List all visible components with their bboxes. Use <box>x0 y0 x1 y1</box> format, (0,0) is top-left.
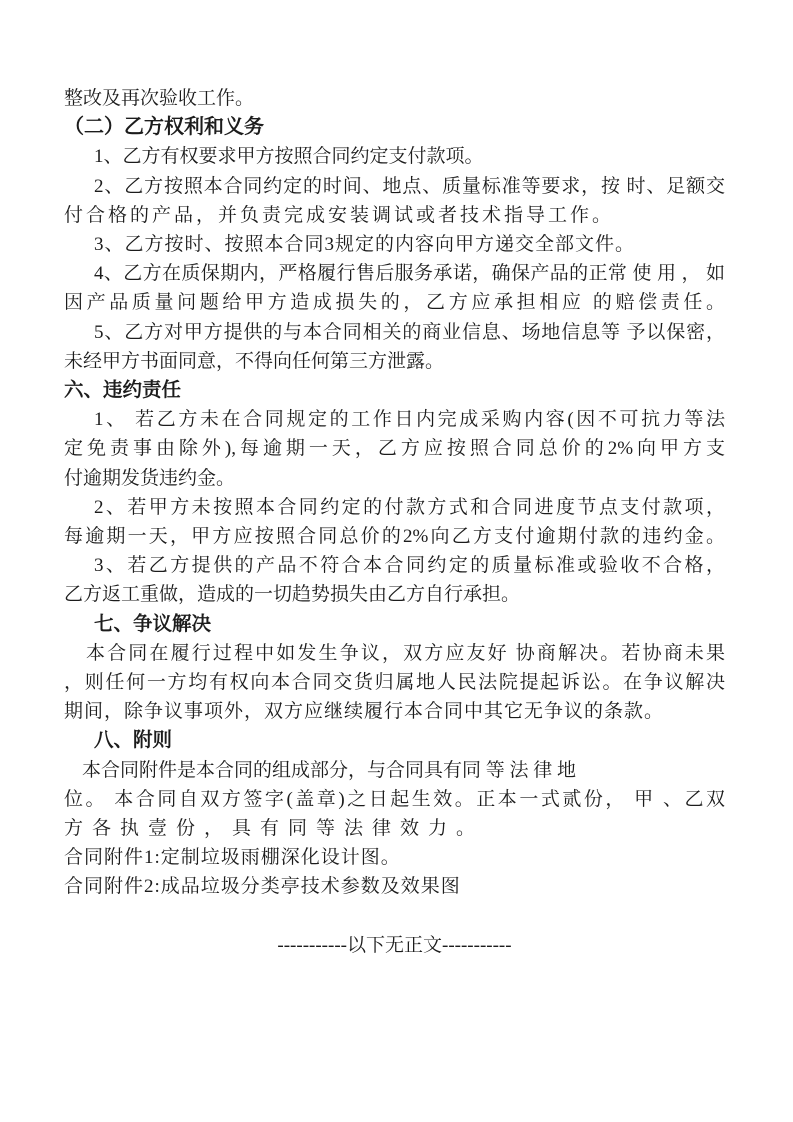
text-line: 1、 若乙方未在合同规定的工作日内完成采购内容(因不可抗力等法 <box>64 405 725 434</box>
text-line: ，则任何一方均有权向本合同交货归属地人民法院提起诉讼。在争议解决 <box>64 668 725 697</box>
text-line: 方各执壹份，具有同等法律效力。 <box>64 814 725 843</box>
text-line <box>64 902 725 931</box>
text-line: 合同附件1:定制垃圾雨棚深化设计图。 <box>64 843 725 872</box>
text-line: 位。 本合同自双方签字(盖章)之日起生效。正本一式贰份， 甲 、乙双 <box>64 785 725 814</box>
text-line: 本合同在履行过程中如发生争议，双方应友好 协商解决。若协商未果 <box>64 639 725 668</box>
section-heading: 八、附则 <box>64 726 725 755</box>
text-line: 付合格的产品，并负责完成安装调试或者技术指导工作。 <box>64 201 725 230</box>
text-line: 期间，除争议事项外，双方应继续履行本合同中其它无争议的条款。 <box>64 697 725 726</box>
text-line: 付逾期发货违约金。 <box>64 464 725 493</box>
text-line: 乙方返工重做，造成的一切趋势损失由乙方自行承担。 <box>64 580 725 609</box>
text-line: 4、乙方在质保期内，严格履行售后服务承诺，确保产品的正常 使 用 ， 如 <box>64 259 725 288</box>
text-line: 定免责事由除外),每逾期一天，乙方应按照合同总价的2%向甲方支 <box>64 434 725 463</box>
text-line: -----------以下无正文----------- <box>64 931 725 960</box>
section-heading: （二）乙方权利和义务 <box>64 113 725 142</box>
text-line: 本合同附件是本合同的组成部分，与合同具有同 等 法 律 地 <box>64 756 725 785</box>
text-line: 因产品质量问题给甲方造成损失的，乙方应承担相应 的赔偿责任。 <box>64 288 725 317</box>
document-content: 整改及再次验收工作。（二）乙方权利和义务1、乙方有权要求甲方按照合同约定支付款项… <box>64 84 725 960</box>
text-line: 3、乙方按时、按照本合同3规定的内容向甲方递交全部文件。 <box>64 230 725 259</box>
text-line: 5、乙方对甲方提供的与本合同相关的商业信息、场地信息等 予以保密， <box>64 318 725 347</box>
section-heading: 六、违约责任 <box>64 376 725 405</box>
text-line: 2、乙方按照本合同约定的时间、地点、质量标准等要求，按 时、足额交 <box>64 172 725 201</box>
text-line: 未经甲方书面同意，不得向任何第三方泄露。 <box>64 347 725 376</box>
text-line: 每逾期一天，甲方应按照合同总价的2%向乙方支付逾期付款的违约金。 <box>64 522 725 551</box>
text-line: 合同附件2:成品垃圾分类亭技术参数及效果图 <box>64 872 725 901</box>
document-page: 整改及再次验收工作。（二）乙方权利和义务1、乙方有权要求甲方按照合同约定支付款项… <box>0 0 793 1122</box>
text-line: 3、若乙方提供的产品不符合本合同约定的质量标准或验收不合格， <box>64 551 725 580</box>
section-heading: 七、争议解决 <box>64 610 725 639</box>
text-line: 2、若甲方未按照本合同约定的付款方式和合同进度节点支付款项， <box>64 493 725 522</box>
text-line: 整改及再次验收工作。 <box>64 84 725 113</box>
text-line: 1、乙方有权要求甲方按照合同约定支付款项。 <box>64 142 725 171</box>
